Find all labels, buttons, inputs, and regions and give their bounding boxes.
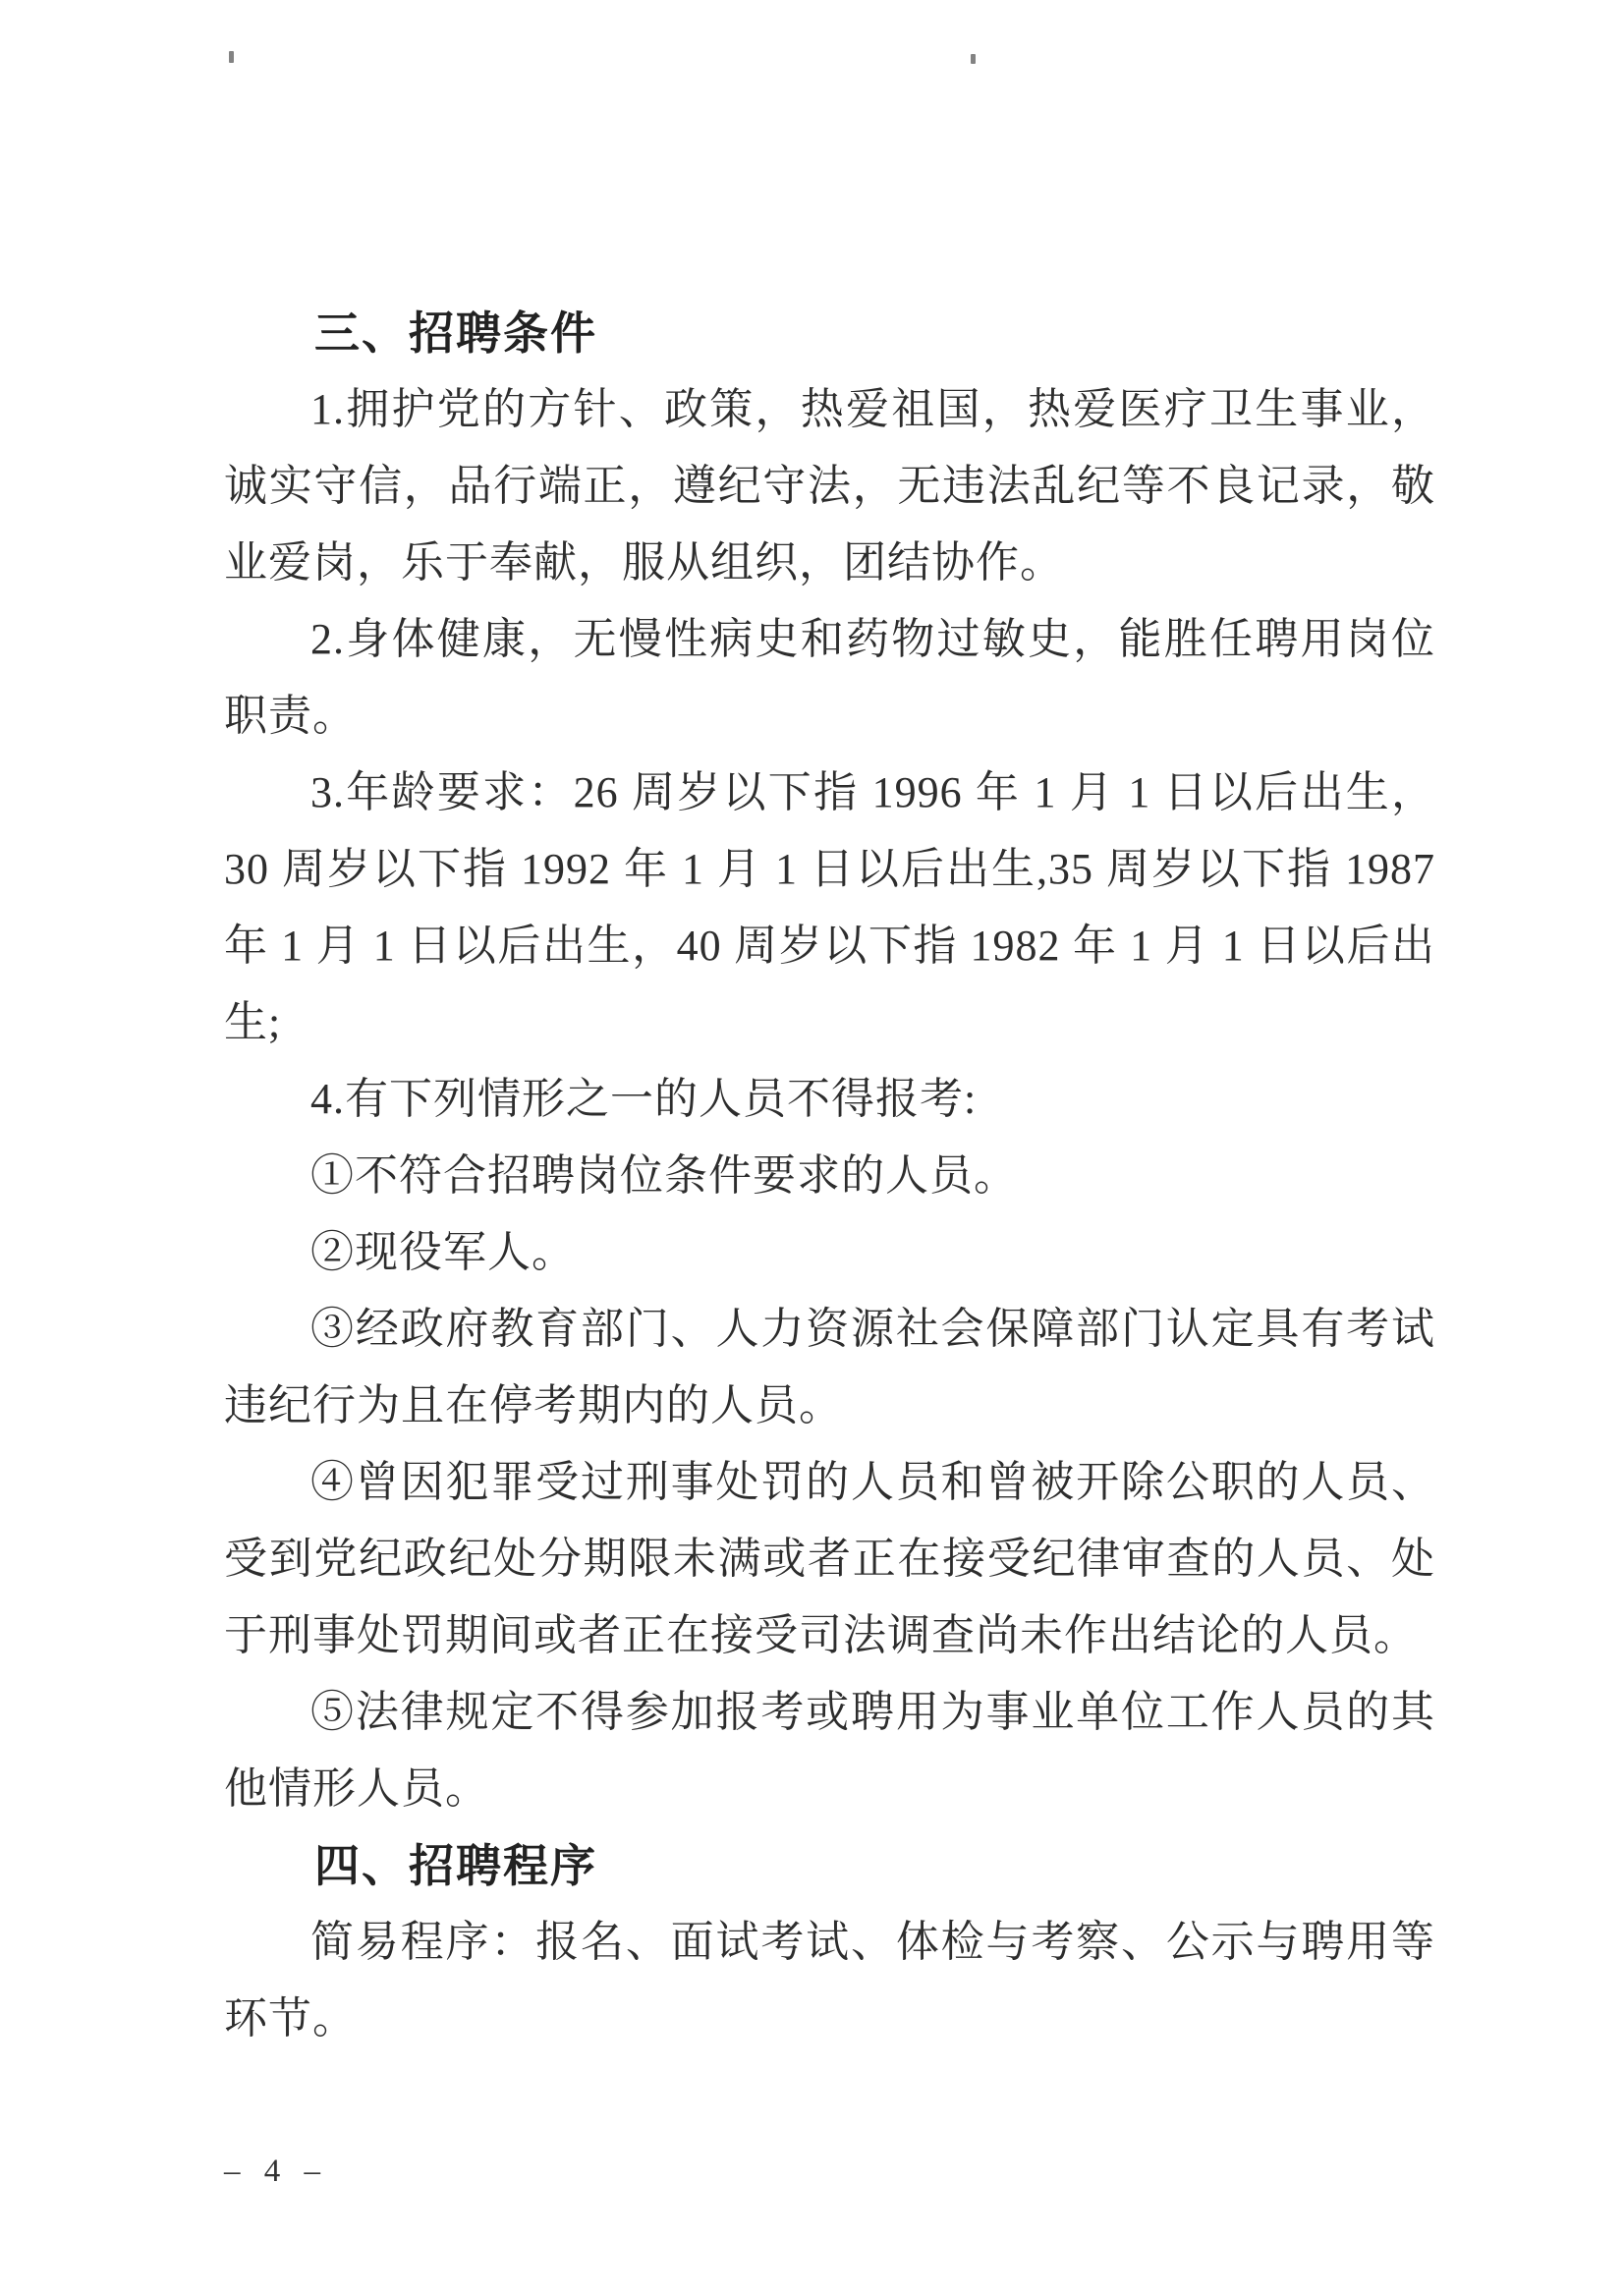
paragraph-condition-3-age-requirements: 3.年龄要求：26 周岁以下指 1996 年 1 月 1 日以后出生，30 周岁… (224, 755, 1435, 1061)
paragraph-disqualification-1: ①不符合招聘岗位条件要求的人员。 (224, 1138, 1435, 1214)
scan-artifact-dot (229, 51, 234, 63)
page-number: – 4 – (224, 2154, 328, 2190)
paragraph-condition-4-intro: 4.有下列情形之一的人员不得报考: (224, 1061, 1435, 1138)
section-heading-recruitment-conditions: 三、招聘条件 (224, 295, 1435, 371)
paragraph-condition-1: 1.拥护党的方针、政策，热爱祖国，热爱医疗卫生事业，诚实守信，品行端正，遵纪守法… (224, 371, 1435, 601)
paragraph-condition-2: 2.身体健康，无慢性病史和药物过敏史，能胜任聘用岗位职责。 (224, 601, 1435, 755)
document-body: 三、招聘条件 1.拥护党的方针、政策，热爱祖国，热爱医疗卫生事业，诚实守信，品行… (224, 295, 1435, 2057)
scan-artifact-dot (971, 54, 976, 64)
paragraph-disqualification-2: ②现役军人。 (224, 1214, 1435, 1291)
paragraph-procedure-summary: 简易程序：报名、面试考试、体检与考察、公示与聘用等环节。 (224, 1904, 1435, 2057)
paragraph-disqualification-3: ③经政府教育部门、人力资源社会保障部门认定具有考试违纪行为且在停考期内的人员。 (224, 1291, 1435, 1444)
section-heading-recruitment-procedure: 四、招聘程序 (224, 1827, 1435, 1904)
paragraph-disqualification-4: ④曾因犯罪受过刑事处罚的人员和曾被开除公职的人员、受到党纪政纪处分期限未满或者正… (224, 1444, 1435, 1674)
scanned-document-page: 三、招聘条件 1.拥护党的方针、政策，热爱祖国，热爱医疗卫生事业，诚实守信，品行… (0, 0, 1624, 2295)
paragraph-disqualification-5: ⑤法律规定不得参加报考或聘用为事业单位工作人员的其他情形人员。 (224, 1674, 1435, 1827)
